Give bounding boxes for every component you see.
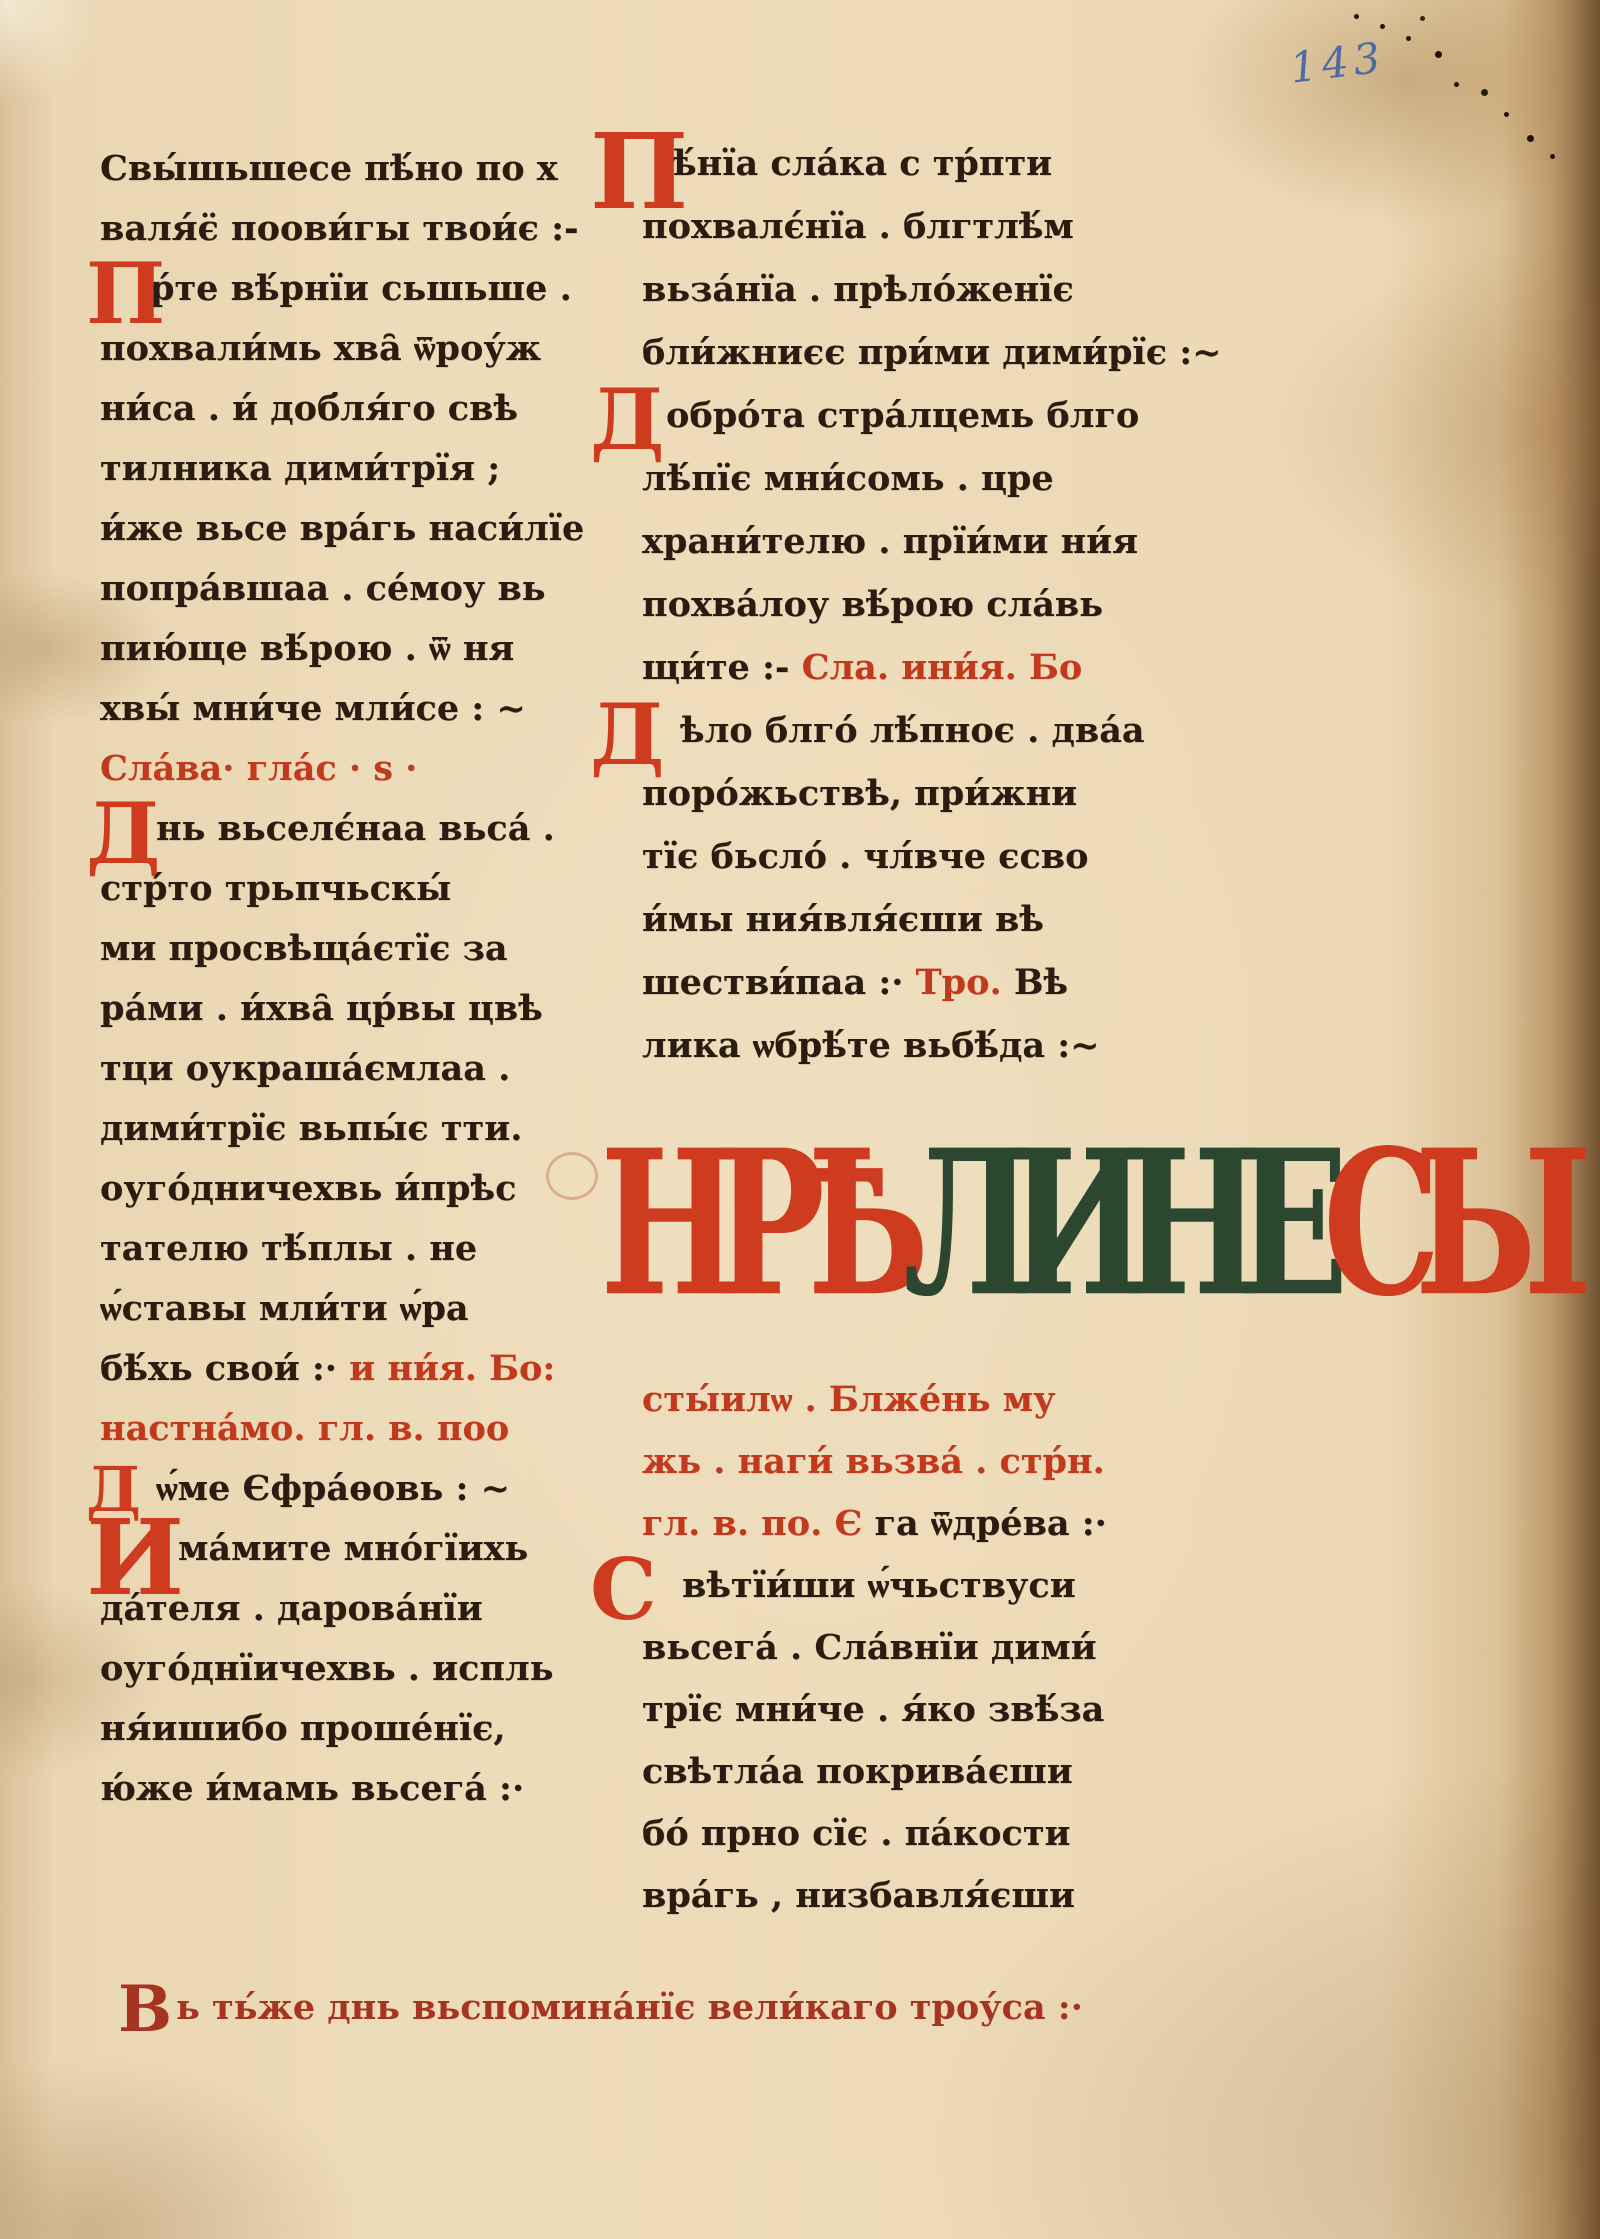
text-segment: тателю тѣ́плы . не	[100, 1228, 477, 1269]
text-segment: вѣтїи́ши ѡ́чьствуси	[682, 1565, 1076, 1606]
text-line: настна́мо. гл. в. поо	[100, 1402, 570, 1462]
text-segment: гл. в. по. Є	[642, 1503, 875, 1544]
text-segment: нь вьселє́наа вьса́ .	[156, 808, 555, 849]
text-line: Сла́ва· гла́с · ѕ ·	[100, 742, 570, 802]
text-line: стр́то трьпчьскы́	[100, 862, 570, 922]
text-segment: бѣ́хь свои́ :·	[100, 1348, 349, 1389]
text-segment: ѣло блго́ лѣ́пноє . два́а	[680, 710, 1145, 751]
text-segment: тци оукраша́ємлаа .	[100, 1048, 510, 1089]
vyaz-letter: Ы	[1415, 1122, 1593, 1325]
drop-cap-initial: С	[590, 1554, 657, 1626]
text-segment: вра́гь , низбавля́єши	[642, 1875, 1075, 1916]
text-line: сты́илѡ . Блже́нь му	[642, 1372, 1182, 1434]
text-segment: сты́илѡ . Блже́нь му	[642, 1379, 1056, 1420]
text-segment: шестви́паа :·	[642, 962, 916, 1003]
text-segment: жь . наги́ вьзва́ . стр́н.	[642, 1441, 1105, 1482]
text-segment: стр́то трьпчьскы́	[100, 868, 451, 909]
text-line: вра́гь , низбавля́єши	[642, 1868, 1182, 1930]
drop-cap-initial: П	[86, 258, 165, 330]
text-segment: поро́жьствѣ, при́жни	[642, 773, 1077, 814]
bottom-rubric-line: Вь ть́же днь вьспомина́нїє вели́каго тро…	[118, 1972, 1083, 2047]
text-line: и́мы ния́вля́єши вѣ	[642, 892, 1182, 955]
text-line: ня́ишибо проше́нїє,	[100, 1702, 570, 1762]
text-line: оуго́дничехвь и́прѣс	[100, 1162, 570, 1222]
text-segment: храни́телю . прїи́ми ни́я	[642, 521, 1138, 562]
text-line: вьсега́ . Сла́внїи дими́	[642, 1620, 1182, 1682]
text-segment: ма́мите мно́гїихь	[178, 1528, 528, 1569]
text-segment: бли́жниєє при́ми дими́рїє :~	[642, 332, 1221, 373]
text-segment: ѣ́нїа сла́ка с тр́пти	[672, 143, 1052, 184]
text-segment: вьсега́ . Сла́внїи дими́	[642, 1627, 1097, 1668]
text-line: Свѣтїи́ши ѡ́чьствуси	[642, 1558, 1182, 1620]
text-line: щи́те :- Сла. ини́я. Бо	[642, 640, 1182, 703]
text-segment: Сла́ва· гла́с · ѕ ·	[100, 748, 417, 789]
text-line: ра́ми . и́хва̑ цр́вы цвѣ	[100, 982, 570, 1042]
text-segment: валя́є̈ поови́гы твои́є :-	[100, 208, 579, 249]
text-line: храни́телю . прїи́ми ни́я	[642, 514, 1182, 577]
text-line: и́же вьсе вра́гь наси́лїе	[100, 502, 570, 562]
text-segment: пию́ще вѣ́рою . ѿ ня	[100, 628, 514, 669]
text-line: бли́жниєє при́ми дими́рїє :~	[642, 325, 1182, 388]
text-segment: тїє бьсло́ . чл́вче єсво	[642, 836, 1088, 877]
text-line: тци оукраша́ємлаа .	[100, 1042, 570, 1102]
ink-flecks	[1380, 24, 1385, 29]
text-line: валя́є̈ поови́гы твои́є :-	[100, 202, 570, 262]
manuscript-page: 143 Свы́шьшесе пѣ́но по хваля́є̈ поови́г…	[0, 0, 1600, 2239]
text-segment: похвали́мь хва̑ ѿроу́ж	[100, 328, 541, 369]
text-line: бо́ прно сїє . па́кости	[642, 1806, 1182, 1868]
text-line: похвалє́нїа . блгтлѣ́м	[642, 199, 1182, 262]
drop-cap-initial: Д	[86, 798, 161, 870]
text-line: дими́трїє вьпы́є тти.	[100, 1102, 570, 1162]
text-line: пию́ще вѣ́рою . ѿ ня	[100, 622, 570, 682]
text-segment: оуго́дничехвь и́прѣс	[100, 1168, 516, 1209]
text-line: Пр́те вѣ́рнїи сьшьше .	[100, 262, 570, 322]
text-line: Дѣло блго́ лѣ́пноє . два́а	[642, 703, 1182, 766]
text-segment: ю́же и́мамь вьсега́ :·	[100, 1768, 524, 1809]
text-line: да́теля . дарова́нїи	[100, 1582, 570, 1642]
text-line: хвы́ мни́че мли́се : ~	[100, 682, 570, 742]
text-line: ѡ́ставы мли́ти ѡ́ра	[100, 1282, 570, 1342]
left-text-column: Свы́шьшесе пѣ́но по хваля́є̈ поови́гы тв…	[100, 142, 570, 1822]
text-line: тателю тѣ́плы . не	[100, 1222, 570, 1282]
text-line: оуго́днїичехвь . испль	[100, 1642, 570, 1702]
text-line: Има́мите мно́гїихь	[100, 1522, 570, 1582]
text-segment: ѡ́ставы мли́ти ѡ́ра	[100, 1288, 469, 1329]
text-line: похва́лоу вѣ́рою сла́вь	[642, 577, 1182, 640]
text-segment: тилника дими́трїя ;	[100, 448, 500, 489]
text-line: трїє мни́че . я́ко звѣ́за	[642, 1682, 1182, 1744]
text-segment: р́те вѣ́рнїи сьшьше .	[150, 268, 572, 309]
text-segment: лѣ́пїє мни́сомь . цре	[642, 458, 1054, 499]
text-line: ми просвѣща́єтїє за	[100, 922, 570, 982]
text-line: Добро́та стра́лцемь блго	[642, 388, 1182, 451]
text-segment: дими́трїє вьпы́є тти.	[100, 1108, 522, 1149]
text-segment: оуго́днїичехвь . испль	[100, 1648, 553, 1689]
text-segment: похвалє́нїа . блгтлѣ́м	[642, 206, 1074, 247]
text-line: похвали́мь хва̑ ѿроу́ж	[100, 322, 570, 382]
text-segment: ми просвѣща́єтїє за	[100, 928, 508, 969]
text-segment: Вѣ	[1014, 962, 1068, 1003]
text-line: попра́вшаа . се́моу вь	[100, 562, 570, 622]
text-line: поро́жьствѣ, при́жни	[642, 766, 1182, 829]
text-segment: свѣтла́а покрива́єши	[642, 1751, 1073, 1792]
text-segment: настна́мо. гл. в. поо	[100, 1408, 509, 1449]
text-line: ю́же и́мамь вьсега́ :·	[100, 1762, 570, 1822]
text-line: жь . наги́ вьзва́ . стр́н.	[642, 1434, 1182, 1496]
text-segment: ра́ми . и́хва̑ цр́вы цвѣ	[100, 988, 543, 1029]
text-line: гл. в. по. Є га ѿдре́ва :·	[642, 1496, 1182, 1558]
text-segment: ни́са . и́ доб́ля́го свѣ	[100, 388, 518, 429]
text-segment: бо́ прно сїє . па́кости	[642, 1813, 1070, 1854]
text-segment: щи́те :-	[642, 647, 802, 688]
text-line: вьза́нїа . прѣло́женїє	[642, 262, 1182, 325]
right-text-column-upper: Пѣ́нїа сла́ка с тр́птипохвалє́нїа . блгт…	[642, 136, 1182, 1081]
text-segment: Тро.	[916, 962, 1014, 1003]
text-segment: и́же вьсе вра́гь наси́лїе	[100, 508, 584, 549]
text-segment: га ѿдре́ва :·	[875, 1503, 1107, 1544]
text-line: лика ѡбрѣ́те вьбѣ́да :~	[642, 1018, 1182, 1081]
text-line: ни́са . и́ доб́ля́го свѣ	[100, 382, 570, 442]
text-line: шестви́паа :· Тро. Вѣ	[642, 955, 1182, 1018]
text-line: тїє бьсло́ . чл́вче єсво	[642, 829, 1182, 892]
rubric-text: ь ть́же днь вьспомина́нїє вели́каго троу…	[176, 1987, 1083, 2028]
text-segment: ня́ишибо проше́нїє,	[100, 1708, 506, 1749]
text-segment: похва́лоу вѣ́рою сла́вь	[642, 584, 1103, 625]
text-segment: обро́та стра́лцемь блго	[666, 395, 1139, 436]
text-segment: и́мы ния́вля́єши вѣ	[642, 899, 1044, 940]
text-line: лѣ́пїє мни́сомь . цре	[642, 451, 1182, 514]
rubric-initial: В	[118, 1972, 172, 2047]
text-line: бѣ́хь свои́ :· и ни́я. Бо:	[100, 1342, 570, 1402]
text-segment: и ни́я. Бо:	[349, 1348, 555, 1389]
drop-cap-initial: Д	[590, 384, 665, 456]
text-segment: попра́вшаа . се́моу вь	[100, 568, 546, 609]
drop-cap-initial: Д	[590, 699, 665, 771]
folio-number: 143	[1287, 32, 1387, 92]
text-line: Пѣ́нїа сла́ка с тр́пти	[642, 136, 1182, 199]
text-segment: хвы́ мни́че мли́се : ~	[100, 688, 526, 729]
text-segment: лика ѡбрѣ́те вьбѣ́да :~	[642, 1025, 1099, 1066]
text-line: свѣтла́а покрива́єши	[642, 1744, 1182, 1806]
text-segment: вьза́нїа . прѣло́женїє	[642, 269, 1074, 310]
text-segment: да́теля . дарова́нїи	[100, 1588, 483, 1629]
text-segment: трїє мни́че . я́ко звѣ́за	[642, 1689, 1104, 1730]
text-segment: Свы́шьшесе пѣ́но по х	[100, 148, 558, 189]
text-line: Днь вьселє́наа вьса́ .	[100, 802, 570, 862]
vyaz-title: НРѢЛИНЕСЫ	[600, 1126, 1160, 1371]
text-line: тилника дими́трїя ;	[100, 442, 570, 502]
right-text-column-lower: сты́илѡ . Блже́нь мужь . наги́ вьзва́ . …	[642, 1372, 1182, 1930]
text-segment: ѡ́ме Єфра́ѳовь : ~	[156, 1468, 510, 1509]
text-line: Свы́шьшесе пѣ́но по х	[100, 142, 570, 202]
text-segment: Сла. ини́я. Бо	[802, 647, 1083, 688]
